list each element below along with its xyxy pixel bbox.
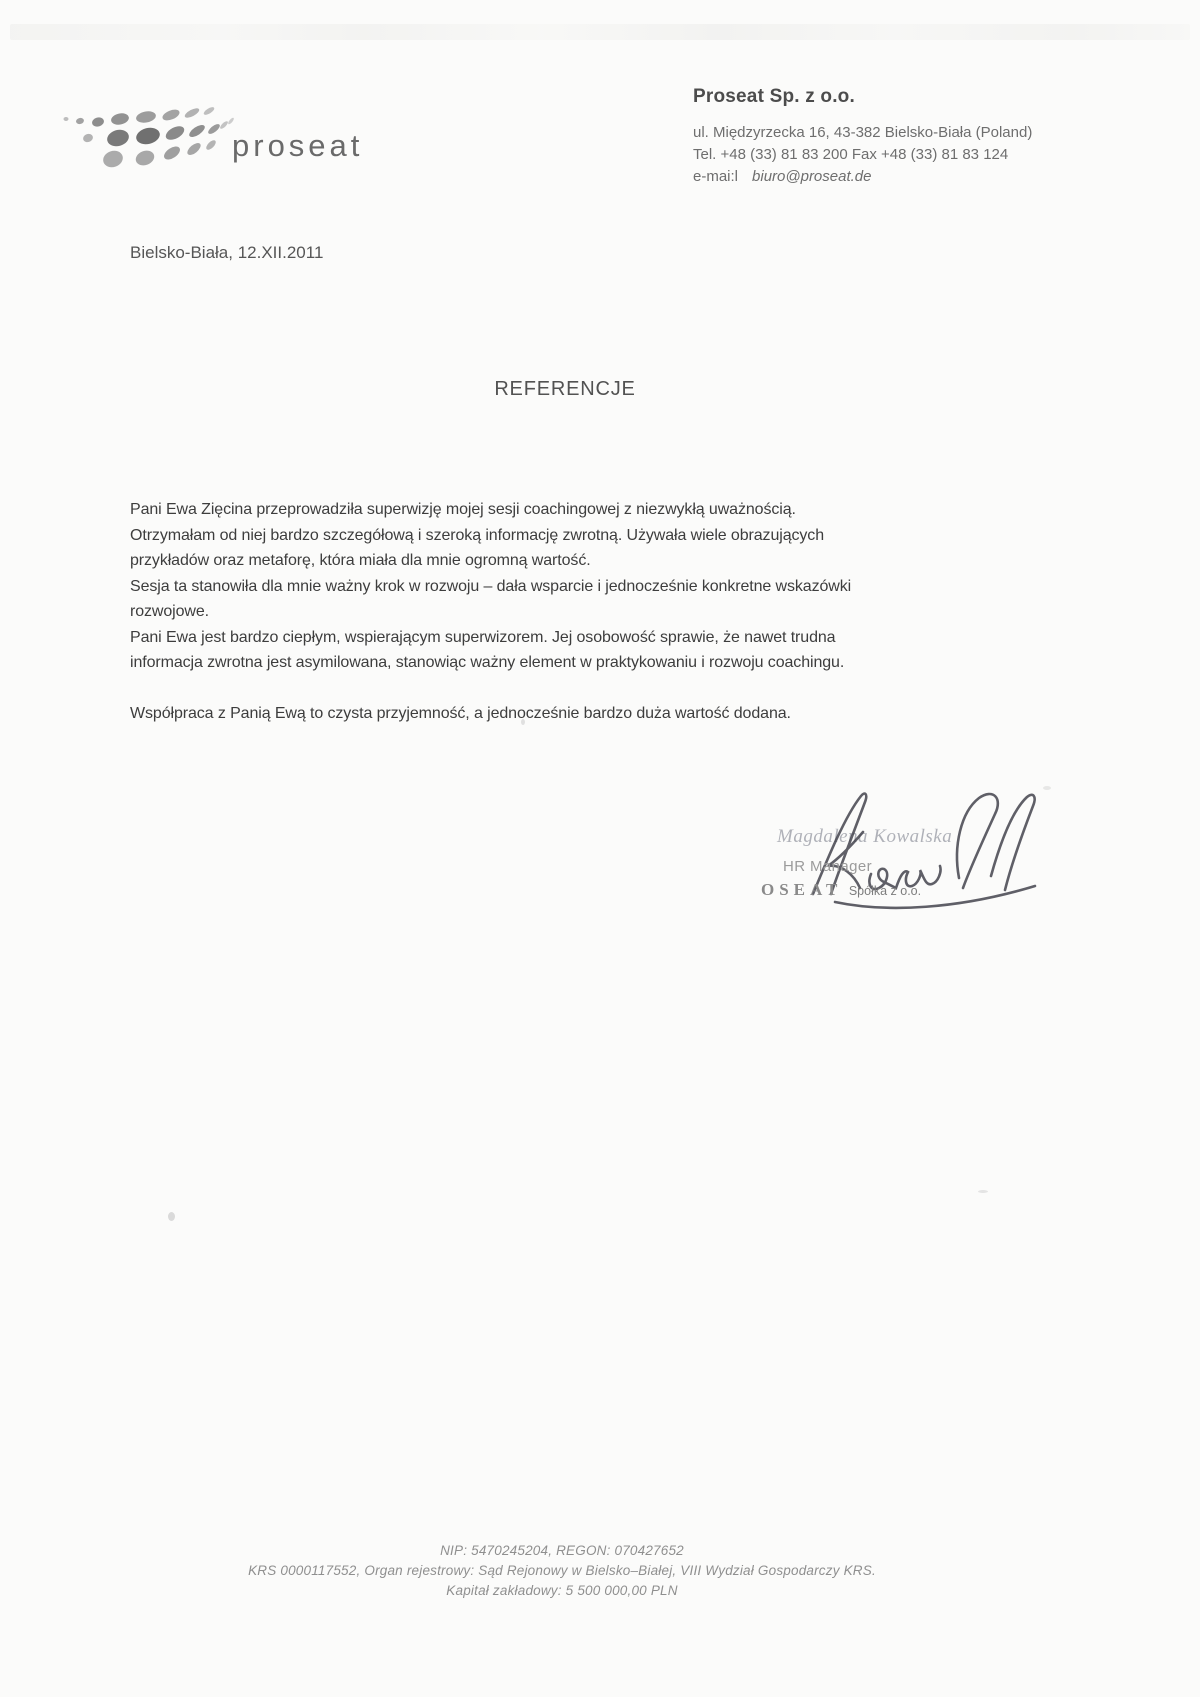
body-line: przykładów oraz metaforę, która miała dl…	[130, 548, 851, 574]
footer-capital: Kapitał zakładowy: 5 500 000,00 PLN	[0, 1581, 1124, 1601]
body-line: Otrzymałam od niej bardzo szczegółową i …	[130, 523, 851, 549]
company-address: ul. Międzyrzecka 16, 43-382 Bielsko-Biał…	[693, 122, 1123, 144]
signature-block: Magdalena Kowalska HR Manager OSEAT Spół…	[735, 796, 1035, 936]
company-stamp-line: OSEAT Spółka z o.o.	[761, 880, 921, 900]
proseat-logo-wordmark: proseat	[232, 128, 363, 164]
body-line: Pani Ewa jest bardzo ciepłym, wspierając…	[130, 625, 851, 651]
scan-artifact-band	[10, 24, 1190, 40]
body-line: Pani Ewa Zięcina przeprowadziła superwiz…	[130, 497, 851, 523]
email-label: e-mai:l	[693, 168, 738, 185]
company-stamp-suffix: Spółka z o.o.	[849, 884, 921, 898]
dateline: Bielsko-Biała, 12.XII.2011	[130, 243, 323, 263]
footer-nip-regon: NIP: 5470245204, REGON: 070427652	[0, 1541, 1124, 1561]
company-phone-fax: Tel. +48 (33) 81 83 200 Fax +48 (33) 81 …	[693, 144, 1123, 166]
signer-role: HR Manager	[783, 858, 872, 875]
proseat-logo-mark-icon	[58, 92, 248, 177]
paragraph-gap	[130, 676, 851, 701]
registration-footer: NIP: 5470245204, REGON: 070427652 KRS 00…	[0, 1541, 1124, 1601]
company-email-line: e-mai:lbiuro@proseat.de	[693, 166, 1123, 188]
letter-title: REFERENCJE	[0, 378, 1130, 401]
scan-speck	[168, 1212, 175, 1221]
scan-speck	[978, 1190, 988, 1193]
company-stamp: OSEAT	[761, 880, 842, 899]
footer-krs: KRS 0000117552, Organ rejestrowy: Sąd Re…	[0, 1561, 1124, 1581]
company-name: Proseat Sp. z o.o.	[693, 86, 1123, 108]
company-header: Proseat Sp. z o.o. ul. Międzyrzecka 16, …	[693, 86, 1123, 188]
letter-body: Pani Ewa Zięcina przeprowadziła superwiz…	[130, 497, 851, 726]
body-line: Sesja ta stanowiła dla mnie ważny krok w…	[130, 574, 851, 600]
body-line: rozwojowe.	[130, 599, 851, 625]
scanned-letter-page: proseat Proseat Sp. z o.o. ul. Międzyrze…	[0, 0, 1200, 1697]
body-line: informacja zwrotna jest asymilowana, sta…	[130, 650, 851, 676]
email-address: biuro@proseat.de	[752, 168, 871, 185]
body-line: Współpraca z Panią Ewą to czysta przyjem…	[130, 701, 851, 727]
